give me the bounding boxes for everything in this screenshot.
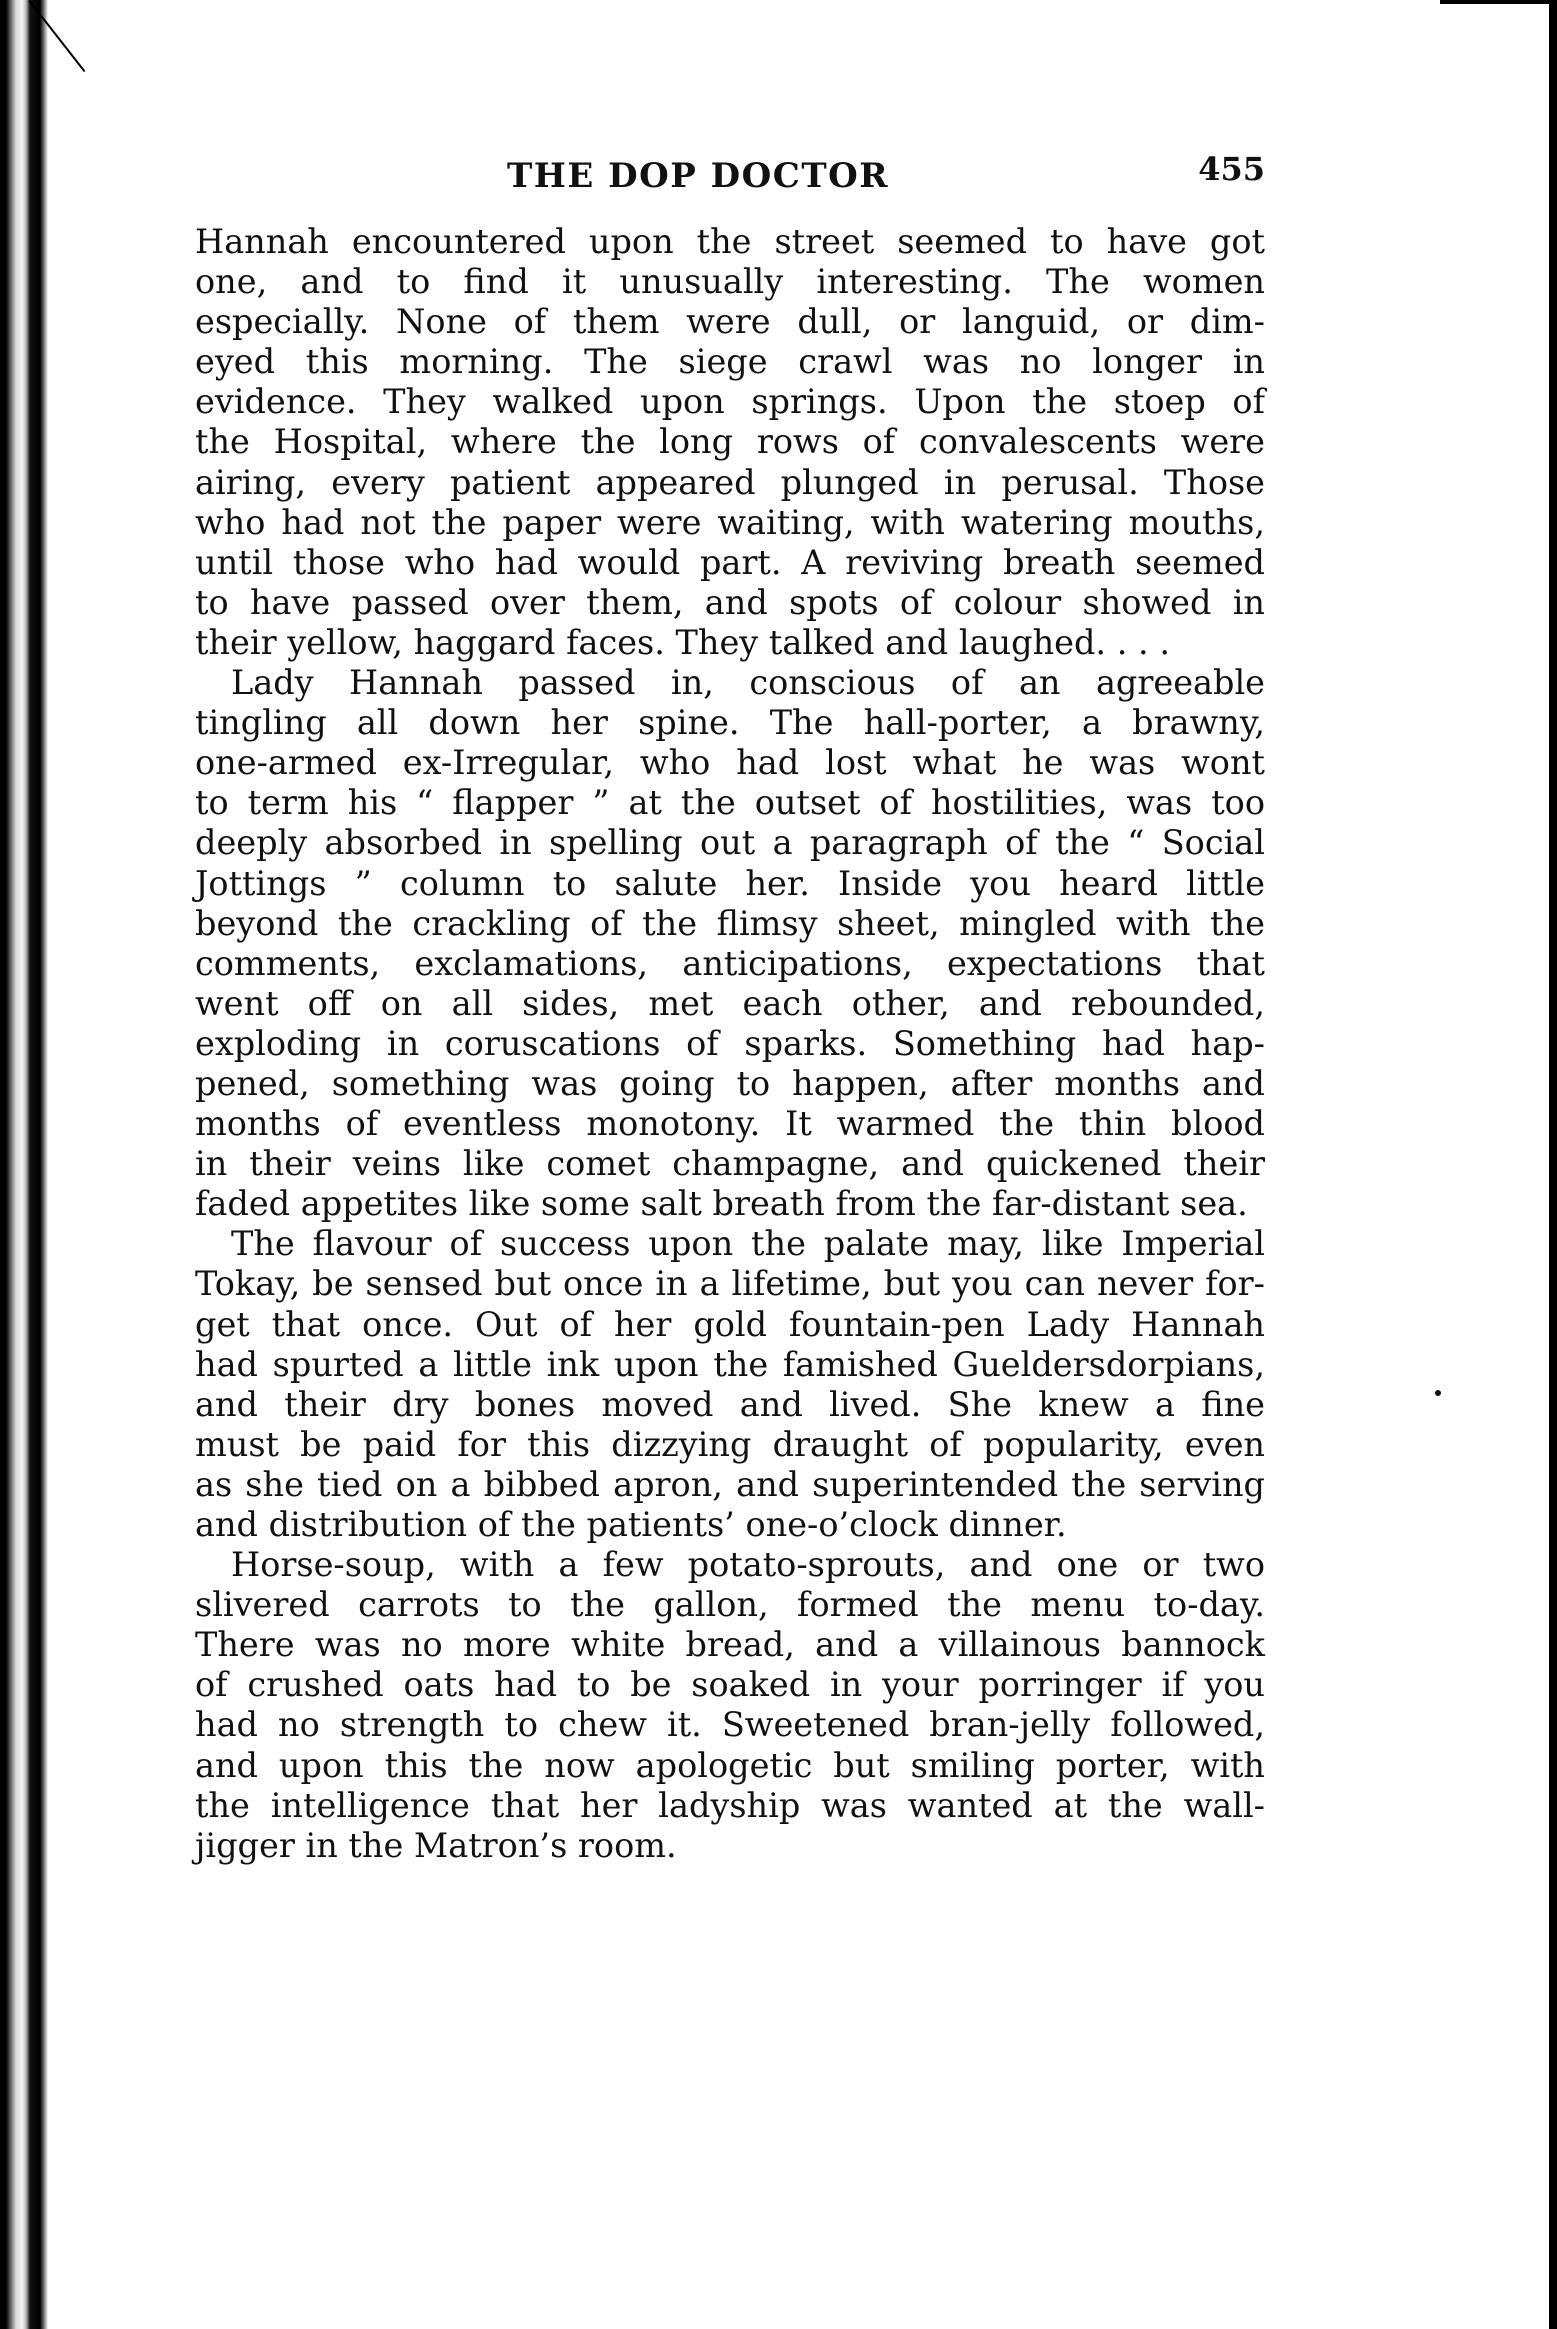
text-line: of crushed oats had to be soaked in your… xyxy=(195,1665,1265,1705)
text-line: get that once. Out of her gold fountain-… xyxy=(195,1305,1265,1345)
ink-speck xyxy=(1435,1390,1441,1396)
text-line: comments, exclamations, anticipations, e… xyxy=(195,944,1265,984)
running-title: THE DOP DOCTOR xyxy=(507,156,889,196)
text-line: had spurted a little ink upon the famish… xyxy=(195,1345,1265,1385)
text-line: Horse-soup, with a few potato-sprouts, a… xyxy=(195,1545,1265,1585)
paragraph: The flavour of success upon the palate m… xyxy=(195,1224,1265,1545)
text-line: The flavour of success upon the palate m… xyxy=(195,1224,1265,1264)
text-line: their yellow, haggard faces. They talked… xyxy=(195,623,1265,663)
text-line: to have passed over them, and spots of c… xyxy=(195,583,1265,623)
text-line: tingling all down her spine. The hall-po… xyxy=(195,703,1265,743)
text-line: and their dry bones moved and lived. She… xyxy=(195,1385,1265,1425)
text-line: one, and to find it unusually interestin… xyxy=(195,262,1265,302)
text-line: months of eventless monotony. It warmed … xyxy=(195,1104,1265,1144)
page-number: 455 xyxy=(1198,150,1265,188)
text-line: and upon this the now apologetic but smi… xyxy=(195,1746,1265,1786)
text-line: the Hospital, where the long rows of con… xyxy=(195,422,1265,462)
text-line: and distribution of the patients’ one-o’… xyxy=(195,1505,1265,1545)
text-line: faded appetites like some salt breath fr… xyxy=(195,1184,1265,1224)
text-line: Hannah encountered upon the street seeme… xyxy=(195,222,1265,262)
body-text: Hannah encountered upon the street seeme… xyxy=(195,222,1265,1866)
text-line: in their veins like comet champagne, and… xyxy=(195,1144,1265,1184)
page-header: THE DOP DOCTOR 455 xyxy=(195,150,1265,200)
paragraph: Hannah encountered upon the street seeme… xyxy=(195,222,1265,663)
book-gutter-shadow xyxy=(0,0,48,2329)
page-top-border xyxy=(1440,0,1557,4)
text-line: airing, every patient appeared plunged i… xyxy=(195,463,1265,503)
text-line: slivered carrots to the gallon, formed t… xyxy=(195,1585,1265,1625)
text-line: must be paid for this dizzying draught o… xyxy=(195,1425,1265,1465)
text-line: as she tied on a bibbed apron, and super… xyxy=(195,1465,1265,1505)
text-line: especially. None of them were dull, or l… xyxy=(195,302,1265,342)
text-line: Tokay, be sensed but once in a lifetime,… xyxy=(195,1264,1265,1304)
text-line: jigger in the Matron’s room. xyxy=(195,1826,1265,1866)
text-line: evidence. They walked upon springs. Upon… xyxy=(195,382,1265,422)
text-line: beyond the crackling of the flimsy sheet… xyxy=(195,904,1265,944)
text-line: who had not the paper were waiting, with… xyxy=(195,503,1265,543)
text-line: went off on all sides, met each other, a… xyxy=(195,984,1265,1024)
paragraph: Horse-soup, with a few potato-sprouts, a… xyxy=(195,1545,1265,1866)
text-line: until those who had would part. A revivi… xyxy=(195,543,1265,583)
text-line: Lady Hannah passed in, conscious of an a… xyxy=(195,663,1265,703)
text-line: the intelligence that her ladyship was w… xyxy=(195,1786,1265,1826)
text-line: one-armed ex-Irregular, who had lost wha… xyxy=(195,743,1265,783)
paragraph: Lady Hannah passed in, conscious of an a… xyxy=(195,663,1265,1224)
page-right-border xyxy=(1549,0,1557,2329)
text-line: pened, something was going to happen, af… xyxy=(195,1064,1265,1104)
text-line: exploding in coruscations of sparks. Som… xyxy=(195,1024,1265,1064)
text-line: Jottings ” column to salute her. Inside … xyxy=(195,864,1265,904)
text-line: deeply absorbed in spelling out a paragr… xyxy=(195,823,1265,863)
text-line: had no strength to chew it. Sweetened br… xyxy=(195,1705,1265,1745)
text-line: There was no more white bread, and a vil… xyxy=(195,1625,1265,1665)
text-line: eyed this morning. The siege crawl was n… xyxy=(195,342,1265,382)
text-line: to term his “ flapper ” at the outset of… xyxy=(195,783,1265,823)
